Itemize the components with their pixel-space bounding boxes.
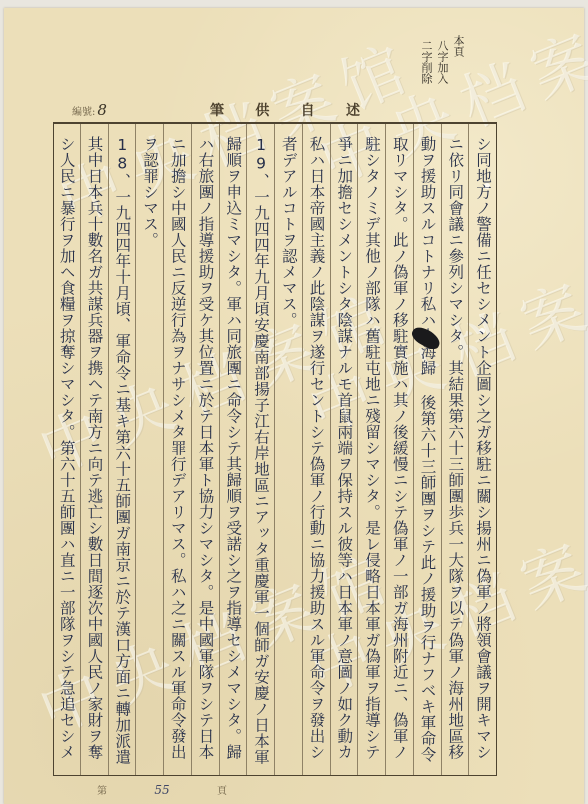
text-column: 爭ニ加擔セシメントシタ陰謀ナルモ首鼠兩端ヲ保持スル彼等ハ日本軍ノ意圖ノ如ク動カナ… bbox=[330, 124, 358, 775]
serial-number: 編號:8 bbox=[72, 101, 107, 119]
text-column: 取リマシタ。此ノ偽軍ノ移駐實施ハ其ノ後緩慢ニシテ偽軍ノ一部ガ海州附近ニ、偽軍ノ大… bbox=[385, 124, 413, 775]
page-number-value: 55 bbox=[154, 783, 169, 797]
form-title-char: 供 bbox=[255, 100, 269, 120]
text-column: 動ヲ援助スルコトナリ私ハ上海歸 後第六十三師團ヲシテ此ノ援助ヲ行ナフベキ軍命令ヲ… bbox=[413, 124, 441, 775]
form-title-char: 自 bbox=[301, 100, 315, 120]
text-column: 其中日本兵十數名ガ共謀兵器ヲ携ヘテ南方ニ向テ逃亡シ數日間逐次中國人民ノ家財ヲ奪取… bbox=[80, 124, 108, 775]
serial-label: 編號: bbox=[72, 107, 95, 118]
text-column: シ同地方ノ警備ニ任セシメント企圖シ之ガ移駐ニ關シ揚州ニ偽軍ノ將領會議ヲ開キマシタ… bbox=[468, 124, 496, 775]
text-column: 19、一九四四年九月頃安慶南部揚子江右岸地區ニアッタ重慶軍一個師ガ安慶ノ日本軍混… bbox=[246, 124, 274, 775]
page-suffix: 頁 bbox=[217, 782, 227, 797]
serial-value: 8 bbox=[97, 101, 107, 119]
margin-note-line: 八字加入 bbox=[436, 40, 449, 84]
manuscript-grid: シ同地方ノ警備ニ任セシメント企圖シ之ガ移駐ニ關シ揚州ニ偽軍ノ將領會議ヲ開キマシタ… bbox=[53, 122, 497, 776]
page-number: 第 55 頁 bbox=[97, 782, 227, 797]
form-title-char: 筆 bbox=[210, 100, 224, 120]
page-prefix: 第 bbox=[97, 782, 107, 797]
text-column: ハ右旅團ノ指導援助ヲ受ケ其位置ニ於テ日本軍ト協力シマシタ。是中國軍隊ヲシテ日本侵… bbox=[191, 124, 219, 775]
text-column: ニ加擔シ中國人民ニ反逆行為ヲナサシメタ罪行デアリマス。私ハ之ニ關スル軍命令發出ノ… bbox=[163, 124, 191, 775]
margin-note: 本頁 bbox=[452, 35, 464, 57]
form-title-char: 述 bbox=[346, 100, 360, 120]
text-column: ヲ認罪シマス。 bbox=[135, 124, 163, 775]
text-column: 私ハ日本帝國主義ノ此陰謀ヲ遂行セントシテ偽軍ノ行動ニ協力援助スル軍命令ヲ發出シタ… bbox=[302, 124, 330, 775]
text-column: 者デアルコトヲ認メマス。 bbox=[274, 124, 302, 775]
margin-note-line: 二字削除 bbox=[420, 40, 433, 84]
text-column: 18、一九四四年十月頃、軍命令ニ基キ第六十五師團ガ南京ニ於テ漢口方面ニ轉加派遣ス… bbox=[108, 124, 136, 775]
form-title: 筆 供 自 述 bbox=[210, 100, 360, 120]
margin-note-line: 本頁 bbox=[452, 35, 465, 57]
text-column: 駐シタノミデ其他ノ部隊ハ舊駐屯地ニ殘留シマシタ。是レ侵略日本軍ガ偽軍ヲ指導シテ其… bbox=[357, 124, 385, 775]
margin-note: 八字加入 bbox=[436, 40, 448, 84]
margin-note: 二字削除 bbox=[420, 40, 432, 84]
text-column: シ人民ニ暴行ヲ加ヘ食糧ヲ掠奪シマシタ。第六十五師團ハ直ニ一部隊ヲシテ急追セシメ數… bbox=[52, 124, 80, 775]
text-column: 歸順ヲ申込ミマシタ。軍ハ同旅團ニ命令シテ其歸順ヲ受諾シ之ヲ指導セシメマシタ。歸順… bbox=[219, 124, 247, 775]
text-column: ニ依リ同會議ニ參列シマシタ。其結果第六十三師團歩兵一大隊ヲ以テ偽軍ノ海州地區移駐… bbox=[441, 124, 469, 775]
